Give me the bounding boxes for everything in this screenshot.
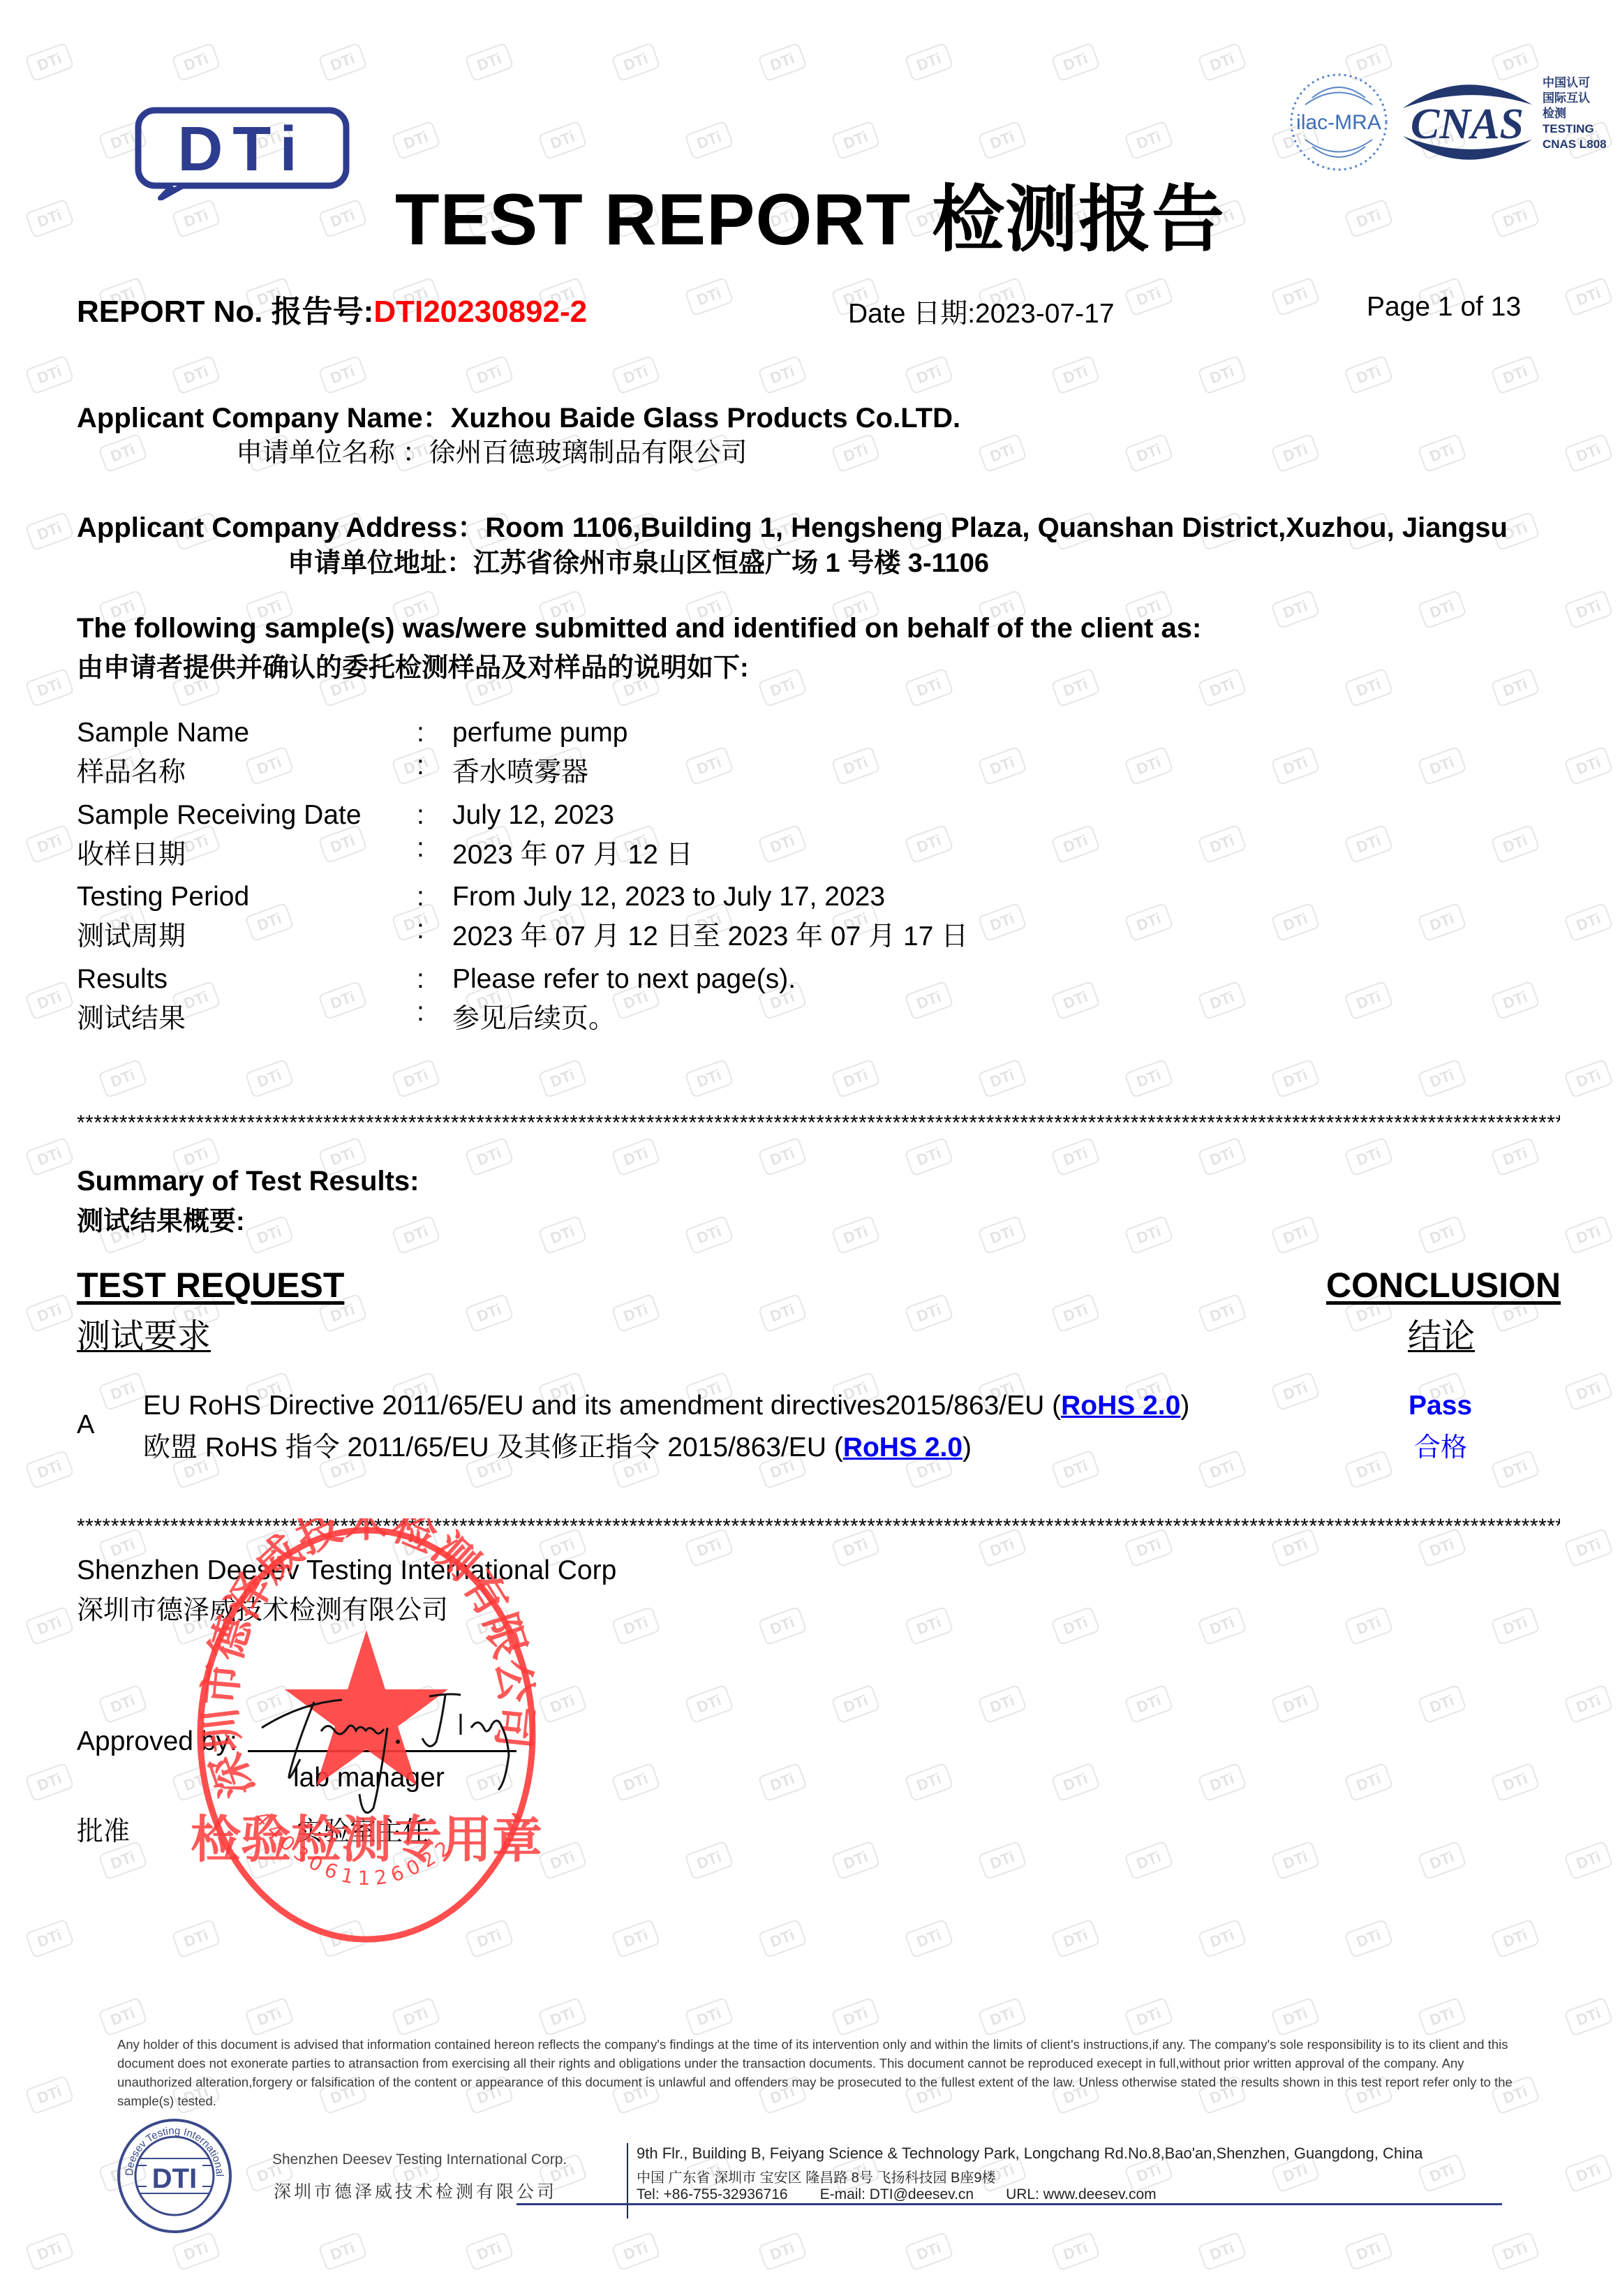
watermark-logo: DTi	[1490, 355, 1540, 395]
field-colon: :	[417, 997, 424, 1028]
watermark-logo: DTi	[904, 1763, 953, 1802]
watermark-logo: DTi	[611, 355, 660, 395]
watermark-logo: DTi	[318, 43, 367, 82]
watermark-logo: DTi	[1050, 1450, 1100, 1490]
field-colon: :	[417, 750, 424, 781]
watermark-logo: DTi	[1270, 434, 1320, 473]
watermark-logo: DTi	[831, 121, 880, 161]
separator-stars: ****************************************…	[77, 1111, 1560, 1135]
watermark-logo: DTi	[24, 824, 74, 864]
watermark-logo: DTi	[1124, 746, 1173, 786]
page-indicator: Page 1 of 13	[1367, 292, 1521, 323]
watermark-logo: DTi	[1344, 824, 1393, 864]
watermark-logo: DTi	[98, 1997, 147, 2037]
watermark-logo: DTi	[977, 1215, 1027, 1255]
watermark-logo: DTi	[391, 903, 440, 942]
watermark-logo: DTi	[24, 2075, 74, 2115]
watermark-logo: DTi	[977, 903, 1027, 942]
watermark-logo: DTi	[1563, 1841, 1613, 1881]
watermark-logo: DTi	[757, 2232, 807, 2272]
watermark-logo: DTi	[24, 512, 74, 551]
watermark-logo: DTi	[1563, 2154, 1613, 2193]
approval-company-en: Shenzhen Deesev Testing International Co…	[77, 1555, 616, 1586]
watermark-logo: DTi	[977, 121, 1027, 161]
footer-corp-en: Shenzhen Deesev Testing International Co…	[272, 2151, 567, 2168]
ilac-mra-logo: ilac-MRA	[1291, 75, 1386, 170]
watermark-logo: DTi	[24, 355, 74, 395]
field-colon: :	[417, 833, 424, 864]
watermark-logo: DTi	[171, 355, 221, 395]
watermark-logo: DTi	[1490, 1450, 1540, 1490]
watermark-logo: DTi	[831, 1841, 880, 1881]
watermark-logo: DTi	[1197, 981, 1247, 1021]
watermark-logo: DTi	[1490, 981, 1540, 1021]
approver-signature	[258, 1675, 523, 1829]
watermark-logo: DTi	[611, 43, 660, 82]
footer-dti-seal-logo: Deesev Testing International DTI	[115, 2117, 234, 2235]
watermark-logo: DTi	[1124, 1684, 1173, 1724]
watermark-logo: DTi	[1050, 981, 1100, 1021]
watermark-logo: DTi	[904, 2232, 953, 2272]
watermark-logo: DTi	[1050, 355, 1100, 395]
watermark-logo: DTi	[1124, 903, 1173, 942]
watermark-logo: DTi	[1050, 1919, 1100, 1959]
watermark-logo: DTi	[1417, 1997, 1466, 2037]
watermark-logo: DTi	[1270, 903, 1320, 942]
field-value-cn: 2023 年 07 月 12 日	[452, 833, 693, 872]
watermark-logo: DTi	[537, 1997, 587, 2037]
field-value-cn: 参见后续页。	[452, 997, 616, 1036]
watermark-logo: DTi	[1563, 434, 1613, 473]
watermark-logo: DTi	[757, 1919, 807, 1959]
field-colon: :	[417, 914, 424, 945]
watermark-logo: DTi	[1124, 121, 1173, 161]
watermark-logo: DTi	[1197, 668, 1247, 708]
watermark-logo: DTi	[977, 1059, 1027, 1099]
watermark-logo: DTi	[1050, 43, 1100, 82]
watermark-logo: DTi	[464, 1606, 514, 1646]
watermark-logo: DTi	[24, 2232, 74, 2272]
watermark-logo: DTi	[1270, 590, 1320, 630]
cnas-logo: CNAS	[1403, 84, 1532, 160]
watermark-logo: DTi	[318, 981, 367, 1021]
watermark-logo: DTi	[171, 2232, 221, 2272]
watermark-logo: DTi	[464, 43, 514, 82]
footer-contact: Tel: +86-755-32936716E-mail: DTI@deesev.…	[637, 2186, 1189, 2203]
approval-company-cn: 深圳市德泽威技术检测有限公司	[77, 1588, 448, 1627]
footer-divider-vertical	[627, 2143, 628, 2219]
watermark-logo: DTi	[1563, 903, 1613, 942]
watermark-logo: DTi	[24, 981, 74, 1021]
watermark-logo: DTi	[1344, 1919, 1393, 1959]
watermark-logo: DTi	[1490, 1919, 1540, 1959]
watermark-logo: DTi	[1344, 668, 1393, 708]
watermark-logo: DTi	[1050, 668, 1100, 708]
watermark-logo: DTi	[1197, 1294, 1247, 1333]
watermark-logo: DTi	[1490, 1606, 1540, 1646]
watermark-logo: DTi	[1270, 1372, 1320, 1412]
watermark-logo: DTi	[98, 434, 147, 473]
watermark-logo: DTi	[1563, 1215, 1613, 1255]
field-label-en: Sample Name	[77, 718, 249, 748]
watermark-logo: DTi	[1563, 1684, 1613, 1724]
watermark-logo: DTi	[684, 1997, 734, 2037]
field-value-en: From July 12, 2023 to July 17, 2023	[452, 882, 885, 912]
watermark-logo: DTi	[757, 355, 807, 395]
watermark-logo: DTi	[1197, 355, 1247, 395]
watermark-logo: DTi	[318, 355, 367, 395]
watermark-logo: DTi	[391, 1059, 440, 1099]
watermark-logo: DTi	[904, 43, 953, 82]
watermark-logo: DTi	[831, 434, 880, 473]
watermark-logo: DTi	[684, 1059, 734, 1099]
intro-cn: 由申请者提供并确认的委托检测样品及对样品的说明如下:	[77, 646, 749, 684]
rohs-link[interactable]: RoHS 2.0	[1061, 1391, 1180, 1421]
watermark-logo: DTi	[464, 355, 514, 395]
report-number-value: DTI20230892-2	[373, 295, 587, 329]
field-value-en: Please refer to next page(s).	[452, 964, 796, 995]
watermark-logo: DTi	[24, 1137, 74, 1177]
watermark-logo: DTi	[1417, 1841, 1466, 1881]
watermark-logo: DTi	[684, 746, 734, 786]
watermark-logo: DTi	[244, 1059, 294, 1099]
watermark-logo: DTi	[611, 1294, 660, 1333]
summary-title-en: Summary of Test Results:	[77, 1166, 419, 1197]
watermark-pattern: DTiDTiDTiDTiDTiDTiDTiDTiDTiDTiDTiDTiDTiD…	[0, 0, 1620, 2296]
watermark-logo: DTi	[1563, 1059, 1613, 1099]
watermark-logo: DTi	[537, 1059, 587, 1099]
watermark-logo: DTi	[1563, 1528, 1613, 1568]
report-date: Date 日期:2023-07-17	[848, 292, 1115, 331]
watermark-logo: DTi	[1344, 981, 1393, 1021]
watermark-logo: DTi	[24, 1919, 74, 1959]
watermark-logo: DTi	[1344, 1450, 1393, 1490]
separator-stars: ****************************************…	[77, 1515, 1560, 1539]
watermark-logo: DTi	[611, 1137, 660, 1177]
watermark-logo: DTi	[611, 1606, 660, 1646]
field-value-en: perfume pump	[452, 718, 627, 748]
footer-corp-cn: 深圳市德泽威技术检测有限公司	[274, 2178, 557, 2203]
watermark-logo: DTi	[831, 1684, 880, 1724]
svg-text:CNAS: CNAS	[1411, 101, 1524, 148]
watermark-logo: DTi	[977, 1997, 1027, 2037]
watermark-logo: DTi	[1197, 1137, 1247, 1177]
watermark-logo: DTi	[1563, 1997, 1613, 2037]
footer-tel: Tel: +86-755-32936716	[637, 2186, 788, 2202]
watermark-logo: DTi	[98, 1684, 147, 1724]
watermark-logo: DTi	[1050, 1606, 1100, 1646]
watermark-logo: DTi	[244, 1997, 294, 2037]
watermark-logo: DTi	[24, 1294, 74, 1333]
watermark-logo: DTi	[1417, 1684, 1466, 1724]
watermark-logo: DTi	[391, 121, 440, 161]
column-header-test-request-cn: 测试要求	[77, 1309, 211, 1357]
watermark-logo: DTi	[464, 1919, 514, 1959]
field-value-cn: 香水喷雾器	[452, 750, 588, 790]
field-label-en: Testing Period	[77, 882, 249, 912]
watermark-logo: DTi	[757, 668, 807, 708]
report-number-label: REPORT No. 报告号:	[77, 295, 373, 329]
watermark-logo: DTi	[464, 1137, 514, 1177]
watermark-logo: DTi	[684, 1841, 734, 1881]
field-label-cn: 收样日期	[77, 833, 186, 872]
watermark-logo: DTi	[1124, 277, 1173, 317]
svg-text:DTI: DTI	[152, 2163, 197, 2194]
watermark-logo: DTi	[244, 903, 294, 942]
watermark-logo: DTi	[318, 2232, 367, 2272]
watermark-logo: DTi	[1563, 1372, 1613, 1412]
watermark-logo: DTi	[1124, 1059, 1173, 1099]
footer-divider-horizontal	[517, 2203, 1502, 2205]
watermark-logo: DTi	[1490, 1137, 1540, 1177]
column-header-conclusion-cn: 结论	[1408, 1309, 1475, 1357]
field-label-cn: 样品名称	[77, 750, 186, 790]
watermark-logo: DTi	[1344, 1763, 1393, 1802]
watermark-logo: DTi	[684, 1684, 734, 1724]
watermark-logo: DTi	[684, 277, 734, 317]
watermark-logo: DTi	[24, 1450, 74, 1490]
watermark-logo: DTi	[98, 1372, 147, 1412]
watermark-logo: DTi	[904, 1137, 953, 1177]
conclusion-pass: Pass	[1409, 1391, 1472, 1421]
watermark-logo: DTi	[977, 746, 1027, 786]
watermark-logo: DTi	[1490, 1763, 1540, 1802]
summary-title-cn: 测试结果概要:	[77, 1199, 245, 1238]
applicant-address-cn: 申请单位地址：江苏省徐州市泉山区恒盛广场 1 号楼 3-1106	[288, 541, 989, 579]
watermark-logo: DTi	[24, 43, 74, 82]
watermark-logo: DTi	[464, 1294, 514, 1333]
watermark-logo: DTi	[171, 1919, 221, 1959]
watermark-logo: DTi	[757, 43, 807, 82]
field-label-en: Sample Receiving Date	[77, 800, 362, 831]
watermark-logo: DTi	[1050, 1137, 1100, 1177]
svg-text:ilac-MRA: ilac-MRA	[1296, 111, 1381, 134]
watermark-logo: DTi	[611, 2232, 660, 2272]
watermark-logo: DTi	[977, 1841, 1027, 1881]
watermark-logo: DTi	[1050, 824, 1100, 864]
watermark-logo: DTi	[684, 121, 734, 161]
watermark-logo: DTi	[464, 2232, 514, 2272]
watermark-logo: DTi	[1270, 277, 1320, 317]
watermark-logo: DTi	[391, 1997, 440, 2037]
watermark-logo: DTi	[1417, 1059, 1466, 1099]
watermark-logo: DTi	[537, 1215, 587, 1255]
watermark-logo: DTi	[1270, 746, 1320, 786]
watermark-logo: DTi	[977, 1684, 1027, 1724]
applicant-name-cn: 申请单位名称 ：徐州百德玻璃制品有限公司	[236, 431, 748, 469]
footer-url[interactable]: URL: www.deesev.com	[1006, 2186, 1157, 2202]
watermark-logo: DTi	[1197, 43, 1247, 82]
watermark-logo: DTi	[904, 1294, 953, 1333]
conclusion-pass-cn: 合格	[1414, 1425, 1467, 1464]
watermark-logo: DTi	[171, 43, 221, 82]
report-number: REPORT No. 报告号:DTI20230892-2	[77, 286, 587, 331]
watermark-logo: DTi	[1270, 1841, 1320, 1881]
watermark-logo: DTi	[1563, 277, 1613, 317]
watermark-logo: DTi	[98, 1059, 147, 1099]
watermark-logo: DTi	[904, 981, 953, 1021]
watermark-logo: DTi	[904, 355, 953, 395]
watermark-logo: DTi	[391, 1215, 440, 1255]
watermark-logo: DTi	[1124, 434, 1173, 473]
watermark-logo: DTi	[1490, 824, 1540, 864]
watermark-logo: DTi	[1344, 1606, 1393, 1646]
watermark-logo: DTi	[1124, 1215, 1173, 1255]
watermark-logo: DTi	[1417, 2154, 1466, 2193]
watermark-logo: DTi	[24, 668, 74, 708]
watermark-logo: DTi	[757, 824, 807, 864]
request-text-en: EU RoHS Directive 2011/65/EU and its ame…	[143, 1391, 1189, 1421]
request-text-cn: 欧盟 RoHS 指令 2011/65/EU 及其修正指令 2015/863/EU…	[143, 1425, 972, 1465]
watermark-logo: DTi	[611, 1763, 660, 1802]
watermark-logo: DTi	[1270, 1059, 1320, 1099]
watermark-logo: DTi	[1124, 1997, 1173, 2037]
field-colon: :	[417, 718, 424, 748]
watermark-logo: DTi	[831, 1997, 880, 2037]
watermark-logo: DTi	[757, 1294, 807, 1333]
watermark-logo: DTi	[24, 1606, 74, 1646]
watermark-logo: DTi	[1197, 824, 1247, 864]
watermark-logo: DTi	[391, 746, 440, 786]
field-value-en: July 12, 2023	[452, 800, 614, 831]
watermark-logo: DTi	[1344, 2232, 1393, 2272]
watermark-logo: DTi	[1563, 590, 1613, 630]
watermark-logo: DTi	[537, 121, 587, 161]
watermark-logo: DTi	[977, 434, 1027, 473]
watermark-logo: DTi	[244, 1841, 294, 1881]
watermark-logo: DTi	[684, 1215, 734, 1255]
watermark-logo: DTi	[1197, 1606, 1247, 1646]
watermark-logo: DTi	[1197, 2232, 1247, 2272]
field-colon: :	[417, 800, 424, 831]
field-label-cn: 测试结果	[77, 997, 186, 1036]
watermark-logo: DTi	[757, 1763, 807, 1802]
watermark-logo: DTi	[831, 1215, 880, 1255]
legal-disclaimer: Any holder of this document is advised t…	[117, 2035, 1513, 2110]
watermark-logo: DTi	[1050, 1763, 1100, 1802]
watermark-logo: DTi	[1563, 746, 1613, 786]
watermark-logo: DTi	[1270, 1997, 1320, 2037]
watermark-logo: DTi	[1197, 1763, 1247, 1802]
watermark-logo: DTi	[1417, 434, 1466, 473]
watermark-logo: DTi	[1490, 2232, 1540, 2272]
watermark-logo: DTi	[904, 1606, 953, 1646]
approved-by-label-cn: 批准	[77, 1809, 130, 1848]
watermark-logo: DTi	[1417, 903, 1466, 942]
request-id: A	[77, 1410, 94, 1440]
field-colon: :	[417, 882, 424, 912]
footer-email[interactable]: E-mail: DTI@deesev.cn	[820, 2186, 974, 2202]
watermark-logo: DTi	[904, 1919, 953, 1959]
approved-by-label: Approved by:	[77, 1726, 237, 1757]
watermark-logo: DTi	[831, 1059, 880, 1099]
watermark-logo: DTi	[171, 1763, 221, 1802]
watermark-logo: DTi	[1050, 1294, 1100, 1333]
applicant-address-en: Applicant Company Address：Room 1106,Buil…	[77, 505, 1508, 545]
watermark-logo: DTi	[1050, 2232, 1100, 2272]
watermark-logo: DTi	[1270, 1215, 1320, 1255]
page-title: TEST REPORT 检测报告	[0, 161, 1620, 265]
watermark-logo: DTi	[1124, 1841, 1173, 1881]
watermark-logo: DTi	[244, 1215, 294, 1255]
watermark-logo: DTi	[904, 824, 953, 864]
field-label-en: Results	[77, 964, 168, 995]
watermark-logo: DTi	[1417, 590, 1466, 630]
watermark-logo: DTi	[1197, 1450, 1247, 1490]
rohs-link-cn[interactable]: RoHS 2.0	[843, 1432, 963, 1462]
field-colon: :	[417, 964, 424, 995]
accreditation-text: 中国认可 国际互认 检测 TESTING CNAS L808	[1543, 75, 1607, 152]
applicant-name-en: Applicant Company Name：Xuzhou Baide Glas…	[77, 396, 960, 436]
watermark-logo: DTi	[1490, 668, 1540, 708]
watermark-logo: DTi	[757, 1137, 807, 1177]
watermark-logo: DTi	[1344, 1137, 1393, 1177]
watermark-logo: DTi	[1344, 355, 1393, 395]
column-header-test-request: TEST REQUEST	[77, 1265, 344, 1305]
field-label-cn: 测试周期	[77, 914, 186, 954]
watermark-logo: DTi	[1417, 746, 1466, 786]
footer-address-cn: 中国 广东省 深圳市 宝安区 隆昌路 8号 飞扬科技园 B座9楼	[637, 2166, 995, 2186]
watermark-logo: DTi	[318, 1919, 367, 1959]
watermark-logo: DTi	[611, 1919, 660, 1959]
intro-en: The following sample(s) was/were submitt…	[77, 613, 1201, 644]
watermark-logo: DTi	[757, 1606, 807, 1646]
watermark-logo: DTi	[537, 1841, 587, 1881]
footer-address-en: 9th Flr., Building B, Feiyang Science & …	[637, 2145, 1423, 2163]
field-value-cn: 2023 年 07 月 12 日至 2023 年 07 月 17 日	[452, 914, 968, 954]
watermark-logo: DTi	[1197, 1919, 1247, 1959]
watermark-logo: DTi	[1270, 1684, 1320, 1724]
column-header-conclusion: CONCLUSION	[1326, 1265, 1561, 1305]
watermark-logo: DTi	[24, 1763, 74, 1802]
watermark-logo: DTi	[1417, 1215, 1466, 1255]
watermark-logo: DTi	[537, 1684, 587, 1724]
watermark-logo: DTi	[244, 746, 294, 786]
watermark-logo: DTi	[831, 746, 880, 786]
watermark-logo: DTi	[904, 668, 953, 708]
